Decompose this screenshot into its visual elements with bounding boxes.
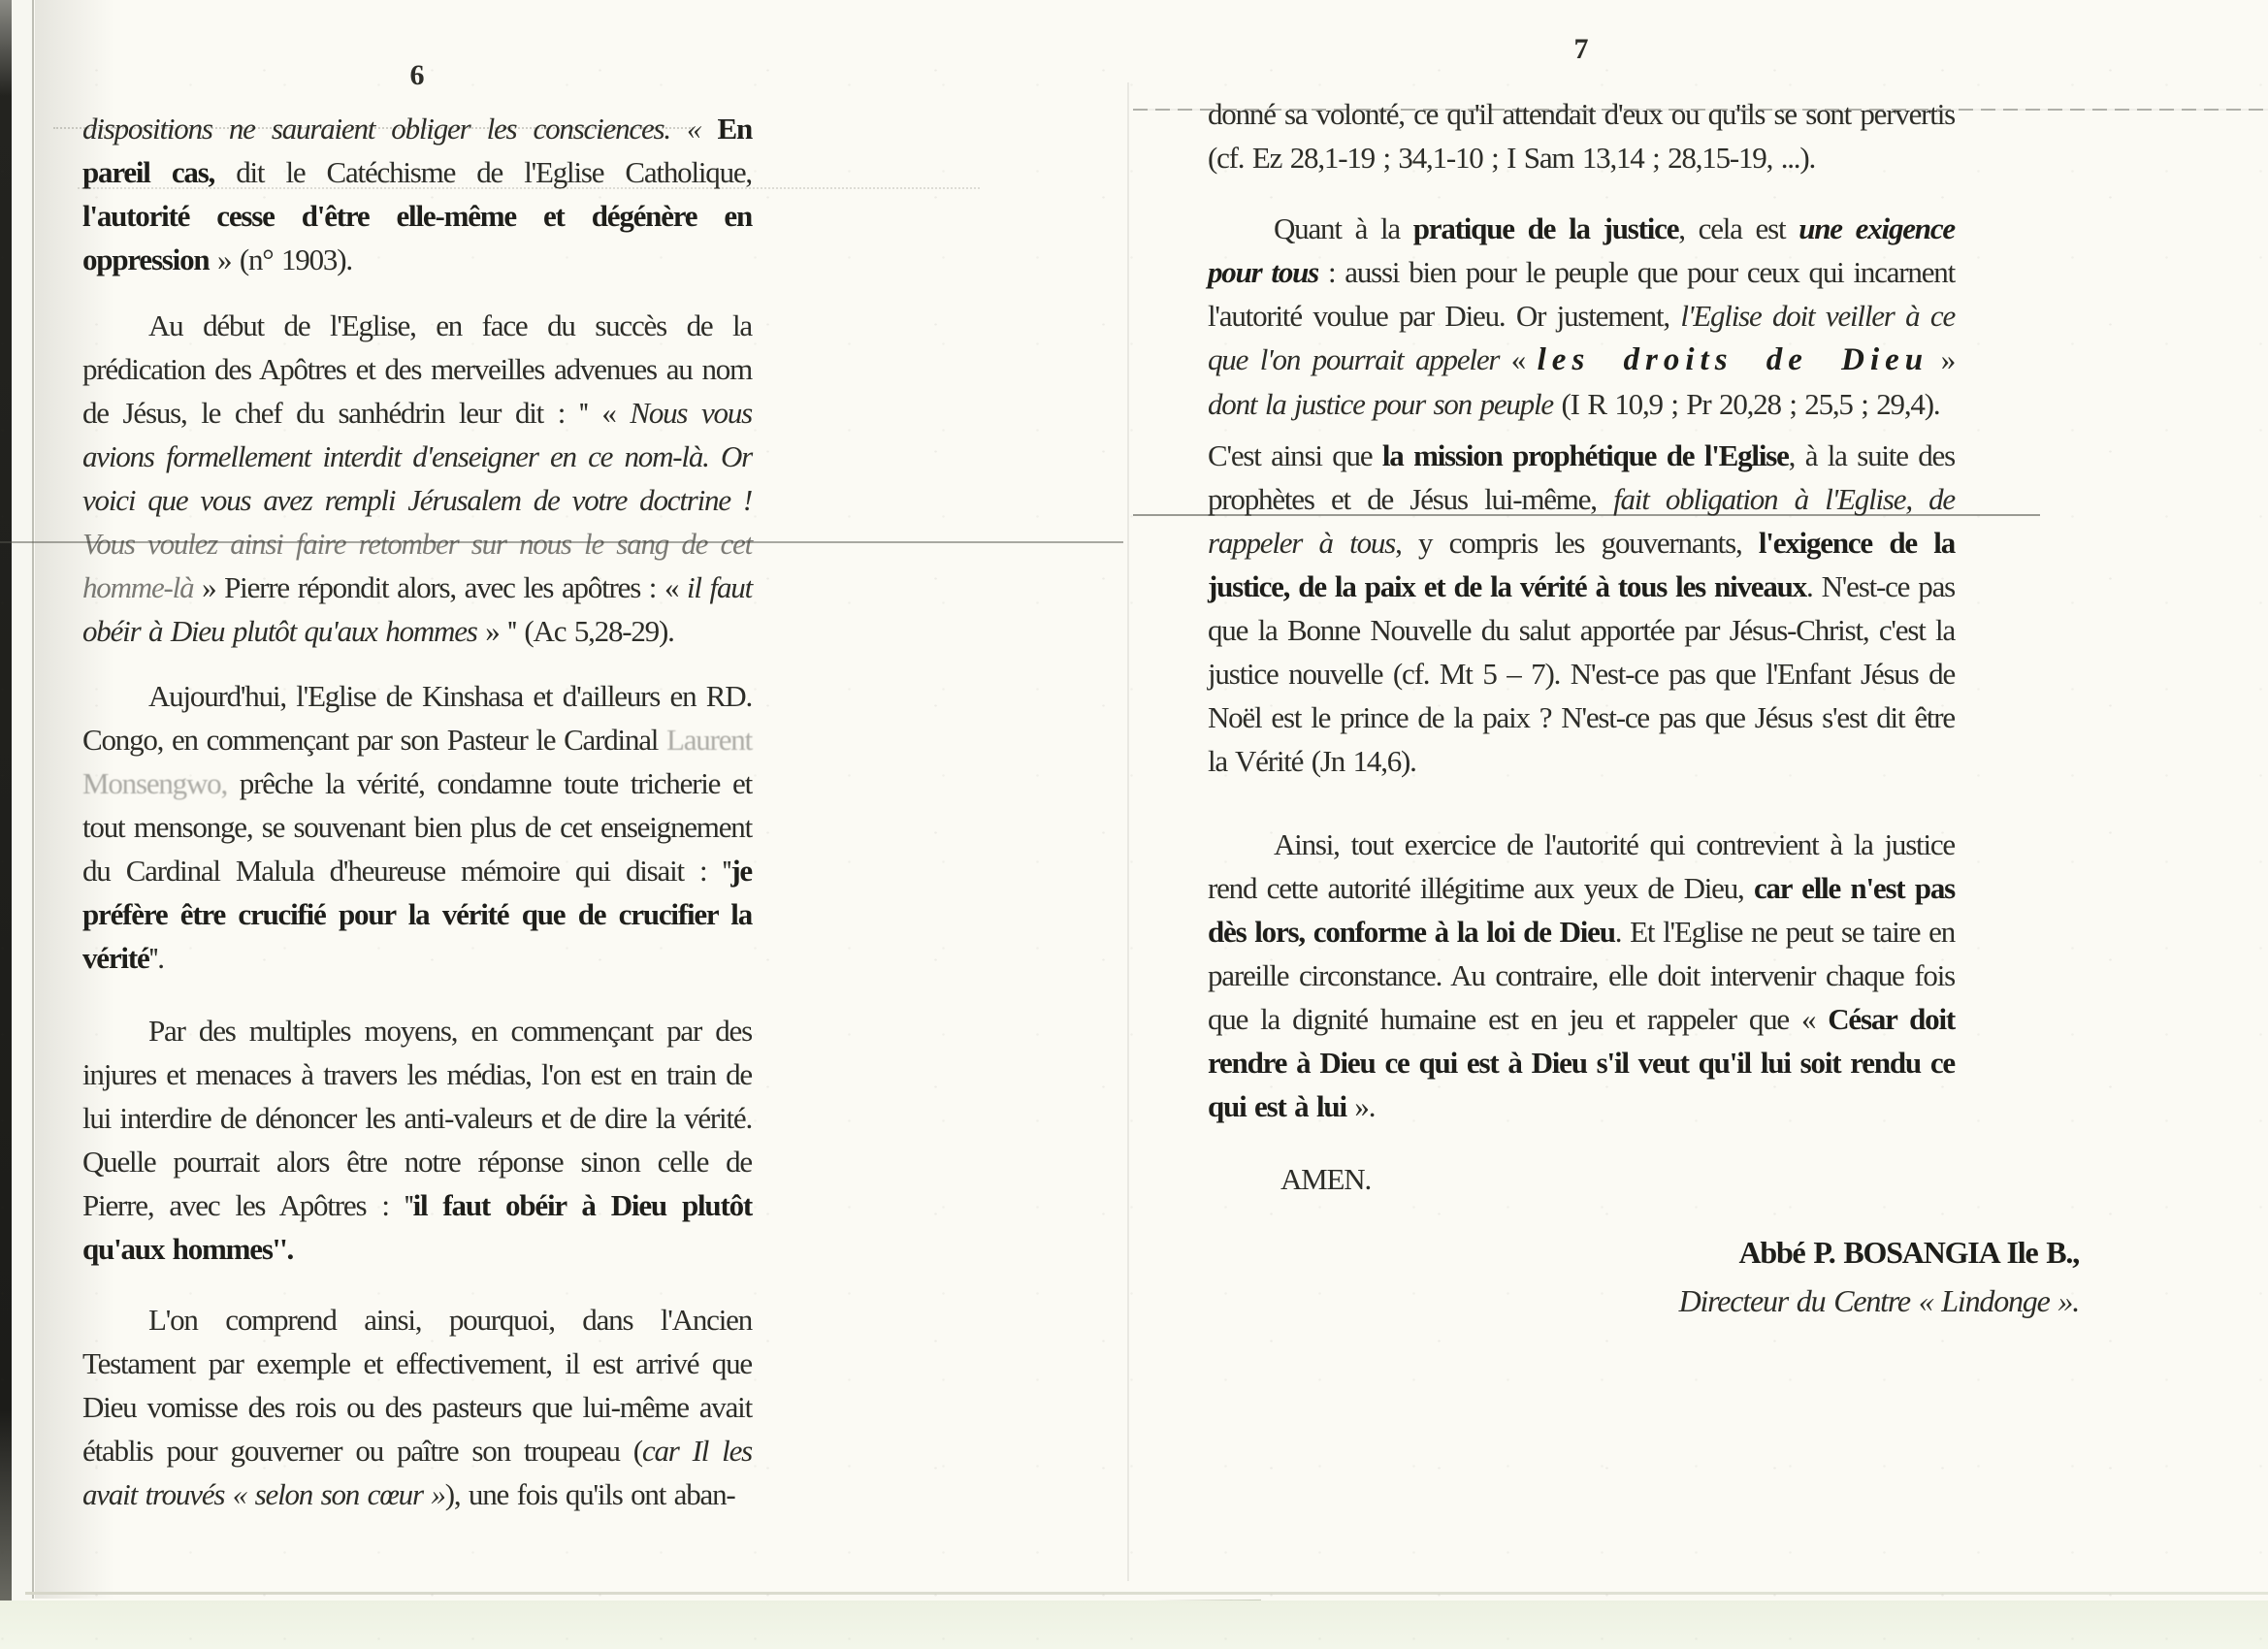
text-run: » (n° 1903). bbox=[209, 242, 351, 276]
text-run: C'est ainsi que bbox=[1208, 438, 1382, 472]
signature-title: Directeur du Centre « Lindonge ». bbox=[1208, 1277, 2079, 1325]
page-bottom-edge bbox=[25, 1592, 2268, 1595]
scanner-bed-strip bbox=[0, 1600, 2268, 1649]
page-number: 6 bbox=[82, 53, 752, 97]
page-6-text: dispositions ne sauraient obliger les co… bbox=[82, 107, 752, 1516]
text-run: ». bbox=[1346, 1089, 1375, 1123]
signature-name: Abbé P. BOSANGIA Ile B., bbox=[1208, 1228, 2079, 1277]
text-run: » '' (Ac 5,28-29). bbox=[477, 614, 674, 648]
text-run: la mission prophétique de l'Eglise bbox=[1382, 438, 1789, 472]
paragraph: donné sa volonté, ce qu'il attendait d'e… bbox=[1208, 92, 1955, 179]
page-gutter-line bbox=[1127, 82, 1129, 1581]
paragraph: Aujourd'hui, l'Eglise de Kinshasa et d'a… bbox=[82, 674, 752, 980]
text-run: ''. bbox=[149, 941, 164, 975]
page-number: 7 bbox=[1208, 27, 1955, 71]
text-run: ), une fois qu'ils ont aban- bbox=[445, 1477, 735, 1511]
scan-left-edge-strip bbox=[0, 0, 12, 1602]
text-run: « bbox=[1499, 342, 1537, 376]
page-6: 6 dispositions ne sauraient obliger les … bbox=[82, 53, 752, 1540]
page-7: 7 donné sa volonté, ce qu'il attendait d… bbox=[1208, 27, 1955, 1325]
paragraph: Quant à la pratique de la justice, cela … bbox=[1208, 207, 1955, 426]
text-run: dit le Catéchisme de l'Eglise Catholique… bbox=[214, 155, 752, 189]
text-run: Aujourd'hui, l'Eglise de Kinshasa et d'a… bbox=[82, 679, 752, 757]
paragraph: Ainsi, tout exercice de l'autorité qui c… bbox=[1208, 823, 1955, 1128]
paragraph: Par des multiples moyens, en commençant … bbox=[82, 1009, 752, 1271]
text-run: Quant à la bbox=[1274, 211, 1413, 245]
text-run: , cela est bbox=[1678, 211, 1798, 245]
scan-left-fold-line bbox=[32, 0, 34, 1599]
page-7-text: donné sa volonté, ce qu'il attendait d'e… bbox=[1208, 92, 1955, 1128]
amen-text: AMEN. bbox=[1280, 1157, 1955, 1201]
signature-block: Abbé P. BOSANGIA Ile B., Directeur du Ce… bbox=[1208, 1228, 2079, 1325]
scan-left-edge-gap bbox=[12, 0, 32, 1602]
text-run: l'autorité cesse d'être elle-même et dég… bbox=[82, 199, 752, 276]
text-run: (I R 10,9 ; Pr 20,28 ; 25,5 ; 29,4). bbox=[1553, 387, 1939, 421]
paragraph: L'on comprend ainsi, pourquoi, dans l'An… bbox=[82, 1298, 752, 1516]
text-run: » Pierre répondit alors, avec les apôtre… bbox=[193, 570, 687, 604]
text-run: » bbox=[1928, 342, 1955, 376]
text-run: dispositions ne sauraient obliger les co… bbox=[82, 112, 717, 145]
paragraph: Au début de l'Eglise, en face du succès … bbox=[82, 304, 752, 653]
text-run: donné sa volonté, ce qu'il attendait d'e… bbox=[1208, 97, 1955, 175]
document-scan: { "colors": { "paper": "#fbfaf4", "ink":… bbox=[0, 0, 2268, 1649]
paragraph: C'est ainsi que la mission prophétique d… bbox=[1208, 434, 1955, 783]
text-run: pratique de la justice bbox=[1413, 211, 1679, 245]
text-run: les droits de Dieu bbox=[1538, 342, 1929, 377]
text-run: dont la justice pour son peuple bbox=[1208, 387, 1553, 421]
paragraph: dispositions ne sauraient obliger les co… bbox=[82, 107, 752, 281]
text-run: , y compris les gouvernants, bbox=[1395, 526, 1759, 560]
